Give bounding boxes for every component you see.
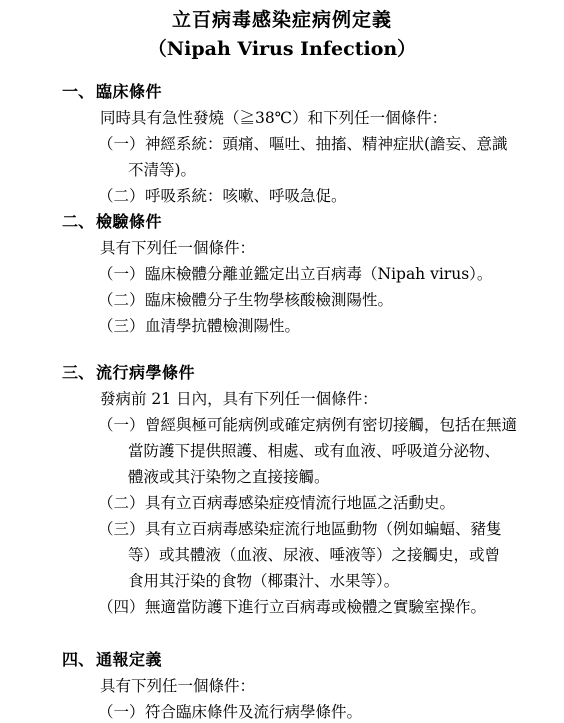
- item-text: 具有立百病毒感染症流行地區動物（例如蝙蝠、豬隻: [145, 520, 502, 538]
- section-intro: 發病前 21 日內，具有下列任一個條件：: [0, 386, 564, 412]
- item-line: （一）符合臨床條件及流行病學條件。: [0, 699, 564, 723]
- item-line: （一）臨床檢體分離並鑑定出立百病毒（Nipah virus）。: [0, 261, 564, 287]
- item-line: （二）呼吸系統：咳嗽、呼吸急促。: [0, 183, 564, 209]
- item-text: 具有立百病毒感染症疫情流行地區之活動史。: [145, 494, 455, 512]
- item-line-continuation: 體液或其汙染物之直接接觸。: [0, 464, 564, 490]
- list-item: （三）具有立百病毒感染症流行地區動物（例如蝙蝠、豬隻 等）或其體液（血液、尿液、…: [0, 516, 564, 594]
- item-marker: （二）: [98, 183, 145, 209]
- section-number: 一、: [62, 79, 96, 105]
- item-text: 呼吸系統：咳嗽、呼吸急促。: [145, 187, 347, 205]
- section-lab-criteria: 二、檢驗條件 具有下列任一個條件： （一）臨床檢體分離並鑑定出立百病毒（Nipa…: [0, 209, 564, 339]
- section-number: 三、: [62, 360, 96, 386]
- item-line: （三）血清學抗體檢測陽性。: [0, 313, 564, 339]
- page-title: 立百病毒感染症病例定義: [0, 6, 564, 34]
- item-line: （二）臨床檢體分子生物學核酸檢測陽性。: [0, 287, 564, 313]
- list-item: （二）具有立百病毒感染症疫情流行地區之活動史。: [0, 490, 564, 516]
- section-heading-label: 臨床條件: [96, 82, 162, 101]
- item-marker: （二）: [98, 287, 145, 313]
- section-intro: 具有下列任一個條件：: [0, 673, 564, 699]
- item-marker: （一）: [98, 699, 145, 723]
- item-line: （一）曾經與極可能病例或確定病例有密切接觸，包括在無適: [0, 412, 564, 438]
- item-marker: （一）: [98, 412, 145, 438]
- list-item: （一）神經系統：頭痛、嘔吐、抽搐、精神症狀(譫妄、意識 不清等)。: [0, 131, 564, 183]
- item-text: 曾經與極可能病例或確定病例有密切接觸，包括在無適: [145, 416, 517, 434]
- list-item: （一）符合臨床條件及流行病學條件。: [0, 699, 564, 723]
- item-marker: （三）: [98, 313, 145, 339]
- item-text: 血清學抗體檢測陽性。: [145, 317, 300, 335]
- section-number: 四、: [62, 647, 96, 673]
- section-number: 二、: [62, 209, 96, 235]
- list-item: （二）呼吸系統：咳嗽、呼吸急促。: [0, 183, 564, 209]
- section-heading-label: 檢驗條件: [96, 212, 162, 231]
- list-item: （四）無適當防護下進行立百病毒或檢體之實驗室操作。: [0, 594, 564, 620]
- item-line-continuation: 食用其汙染的食物（椰棗汁、水果等）。: [0, 568, 564, 594]
- item-line: （二）具有立百病毒感染症疫情流行地區之活動史。: [0, 490, 564, 516]
- section-heading: 四、通報定義: [0, 647, 564, 673]
- list-item: （一）臨床檢體分離並鑑定出立百病毒（Nipah virus）。: [0, 261, 564, 287]
- list-item: （二）臨床檢體分子生物學核酸檢測陽性。: [0, 287, 564, 313]
- item-marker: （三）: [98, 516, 145, 542]
- item-text: 符合臨床條件及流行病學條件。: [145, 703, 362, 721]
- document-page: 立百病毒感染症病例定義 （Nipah Virus Infection） 一、臨床…: [0, 6, 564, 723]
- section-heading: 二、檢驗條件: [0, 209, 564, 235]
- item-line-continuation: 不清等)。: [0, 157, 564, 183]
- item-marker: （一）: [98, 261, 145, 287]
- page-subtitle: （Nipah Virus Infection）: [0, 36, 564, 62]
- item-line: （一）神經系統：頭痛、嘔吐、抽搐、精神症狀(譫妄、意識: [0, 131, 564, 157]
- section-heading-label: 流行病學條件: [96, 363, 195, 382]
- item-text: 無適當防護下進行立百病毒或檢體之實驗室操作。: [145, 598, 486, 616]
- section-epi-criteria: 三、流行病學條件 發病前 21 日內，具有下列任一個條件： （一）曾經與極可能病…: [0, 360, 564, 620]
- section-heading: 三、流行病學條件: [0, 360, 564, 386]
- section-heading-label: 通報定義: [96, 650, 162, 669]
- item-text: 臨床檢體分離並鑑定出立百病毒（Nipah virus）。: [145, 265, 492, 283]
- section-intro: 同時具有急性發燒（≧38℃）和下列任一個條件：: [0, 105, 564, 131]
- item-line: （三）具有立百病毒感染症流行地區動物（例如蝙蝠、豬隻: [0, 516, 564, 542]
- list-item: （一）曾經與極可能病例或確定病例有密切接觸，包括在無適 當防護下提供照護、相處、…: [0, 412, 564, 490]
- item-marker: （四）: [98, 594, 145, 620]
- item-line-continuation: 當防護下提供照護、相處、或有血液、呼吸道分泌物、: [0, 438, 564, 464]
- section-intro: 具有下列任一個條件：: [0, 235, 564, 261]
- section-report-definition: 四、通報定義 具有下列任一個條件： （一）符合臨床條件及流行病學條件。: [0, 647, 564, 723]
- item-text: 神經系統：頭痛、嘔吐、抽搐、精神症狀(譫妄、意識: [145, 135, 508, 153]
- item-line: （四）無適當防護下進行立百病毒或檢體之實驗室操作。: [0, 594, 564, 620]
- section-heading: 一、臨床條件: [0, 79, 564, 105]
- item-marker: （二）: [98, 490, 145, 516]
- item-text: 臨床檢體分子生物學核酸檢測陽性。: [145, 291, 393, 309]
- item-marker: （一）: [98, 131, 145, 157]
- list-item: （三）血清學抗體檢測陽性。: [0, 313, 564, 339]
- section-clinical-criteria: 一、臨床條件 同時具有急性發燒（≧38℃）和下列任一個條件： （一）神經系統：頭…: [0, 79, 564, 209]
- item-line-continuation: 等）或其體液（血液、尿液、唾液等）之接觸史，或曾: [0, 542, 564, 568]
